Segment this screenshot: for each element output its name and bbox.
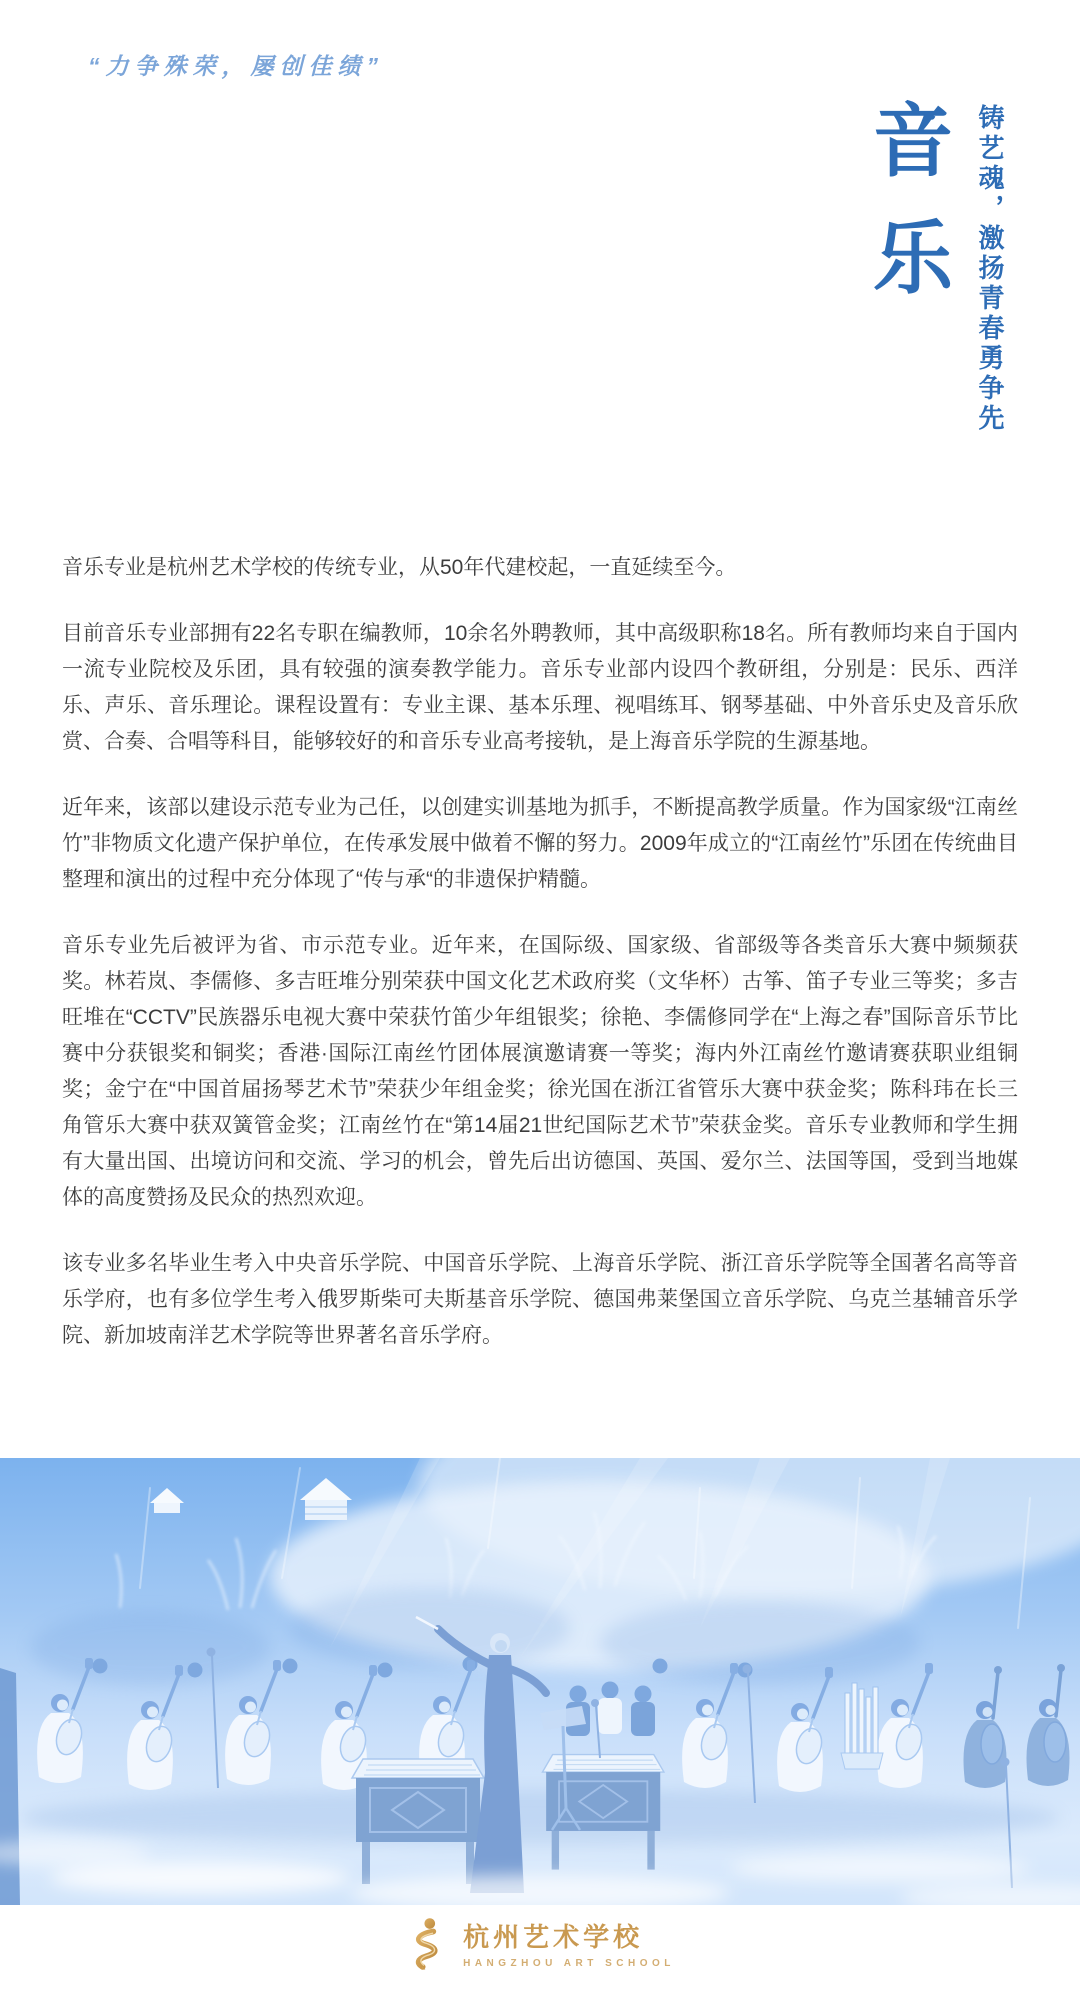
paragraph-intro: 音乐专业是杭州艺术学校的传统专业，从50年代建校起，一直延续至今。 xyxy=(62,550,1018,586)
sheng-instrument xyxy=(841,1683,883,1769)
page-tagline: 铸艺魂，激扬青春勇争先 xyxy=(972,104,1009,444)
page-title: 音 乐 xyxy=(872,102,954,299)
page-title-char-1: 音 xyxy=(873,102,953,182)
paragraph-awards: 音乐专业先后被评为省、市示范专业。近年来，在国际级、国家级、省部级等各类音乐大赛… xyxy=(62,928,1018,1216)
body-text: 音乐专业是杭州艺术学校的传统专业，从50年代建校起，一直延续至今。 目前音乐专业… xyxy=(62,550,1018,1384)
orchestra-photo xyxy=(0,1458,1080,1905)
page-title-char-2: 乐 xyxy=(873,219,953,299)
brochure-page: “力争殊荣，屡创佳绩” 音 乐 铸艺魂，激扬青春勇争先 音乐专业是杭州艺术学校的… xyxy=(0,0,1080,1992)
paragraph-heritage: 近年来，该部以建设示范专业为己任，以创建实训基地为抓手，不断提高教学质量。作为国… xyxy=(62,790,1018,898)
paragraph-graduates: 该专业多名毕业生考入中央音乐学院、中国音乐学院、上海音乐学院、浙江音乐学院等全国… xyxy=(62,1246,1018,1354)
school-name-cn: 杭州艺术学校 xyxy=(463,1917,643,1954)
school-logo: 杭州艺术学校 HANGZHOU ART SCHOOL xyxy=(0,1914,1080,1972)
slogan-quote: “力争殊荣，屡创佳绩” xyxy=(88,48,384,81)
school-name-en: HANGZHOU ART SCHOOL xyxy=(463,1958,675,1969)
school-logo-icon xyxy=(405,1914,451,1972)
school-logo-text: 杭州艺术学校 HANGZHOU ART SCHOOL xyxy=(463,1917,675,1969)
orchestra-photo-illustration xyxy=(0,1458,1080,1905)
paragraph-faculty: 目前音乐专业部拥有22名专职在编教师，10余名外聘教师，其中高级职称18名。所有… xyxy=(62,616,1018,760)
